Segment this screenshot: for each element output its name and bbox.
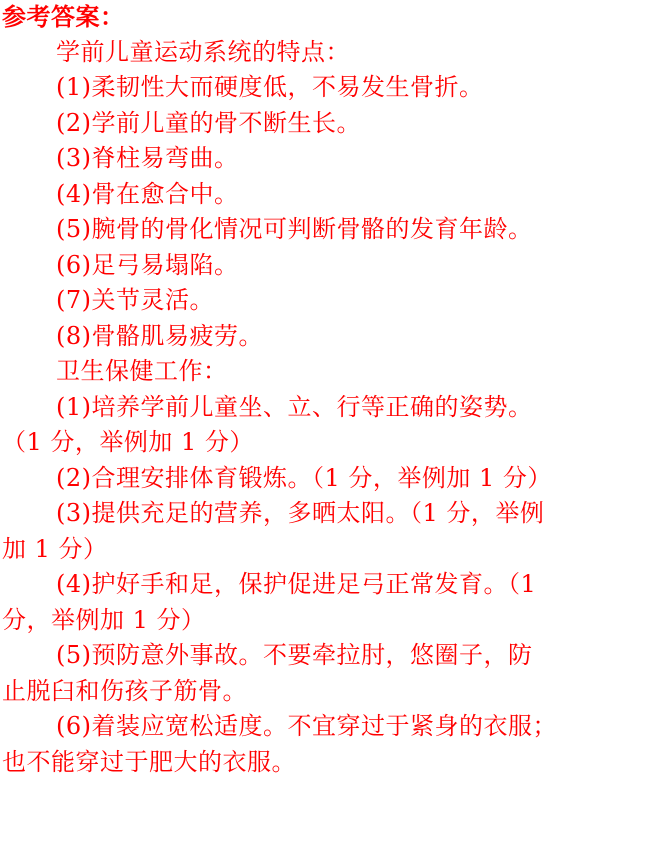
care-item-5: (5)预防意外事故。不要牵拉肘，悠圈子，防 bbox=[56, 640, 533, 670]
care-item-4: (4)护好手和足，保护促进足弓正常发育。（1 bbox=[56, 569, 536, 599]
feature-item-1: (1)柔韧性大而硬度低，不易发生骨折。 bbox=[56, 72, 484, 102]
care-item-4-continued: 分，举例加 1 分） bbox=[2, 605, 206, 635]
feature-item-4: (4)骨在愈合中。 bbox=[56, 179, 239, 209]
section-title-motor-system: 学前儿童运动系统的特点： bbox=[56, 37, 350, 67]
care-item-3: (3)提供充足的营养，多晒太阳。（1 分，举例 bbox=[56, 498, 544, 528]
feature-item-3: (3)脊柱易弯曲。 bbox=[56, 143, 239, 173]
care-item-6-continued: 也不能穿过于肥大的衣服。 bbox=[2, 747, 296, 777]
care-item-5-continued: 止脱臼和伤孩子筋骨。 bbox=[2, 676, 247, 706]
care-item-1: (1)培养学前儿童坐、立、行等正确的姿势。 bbox=[56, 392, 533, 422]
feature-item-2: (2)学前儿童的骨不断生长。 bbox=[56, 108, 361, 138]
care-item-2: (2)合理安排体育锻炼。（1 分，举例加 1 分） bbox=[56, 463, 552, 493]
care-item-3-continued: 加 1 分） bbox=[2, 534, 108, 564]
feature-item-7: (7)关节灵活。 bbox=[56, 285, 214, 315]
section-title-health-care: 卫生保健工作： bbox=[56, 356, 228, 386]
feature-item-5: (5)腕骨的骨化情况可判断骨骼的发育年龄。 bbox=[56, 214, 533, 244]
care-item-6: (6)着装应宽松适度。不宜穿过于紧身的衣服； bbox=[56, 711, 557, 741]
feature-item-6: (6)足弓易塌陷。 bbox=[56, 250, 239, 280]
care-item-1-score: （1 分，举例加 1 分） bbox=[2, 427, 254, 457]
answer-heading: 参考答案： bbox=[2, 2, 125, 32]
feature-item-8: (8)骨骼肌易疲劳。 bbox=[56, 321, 263, 351]
